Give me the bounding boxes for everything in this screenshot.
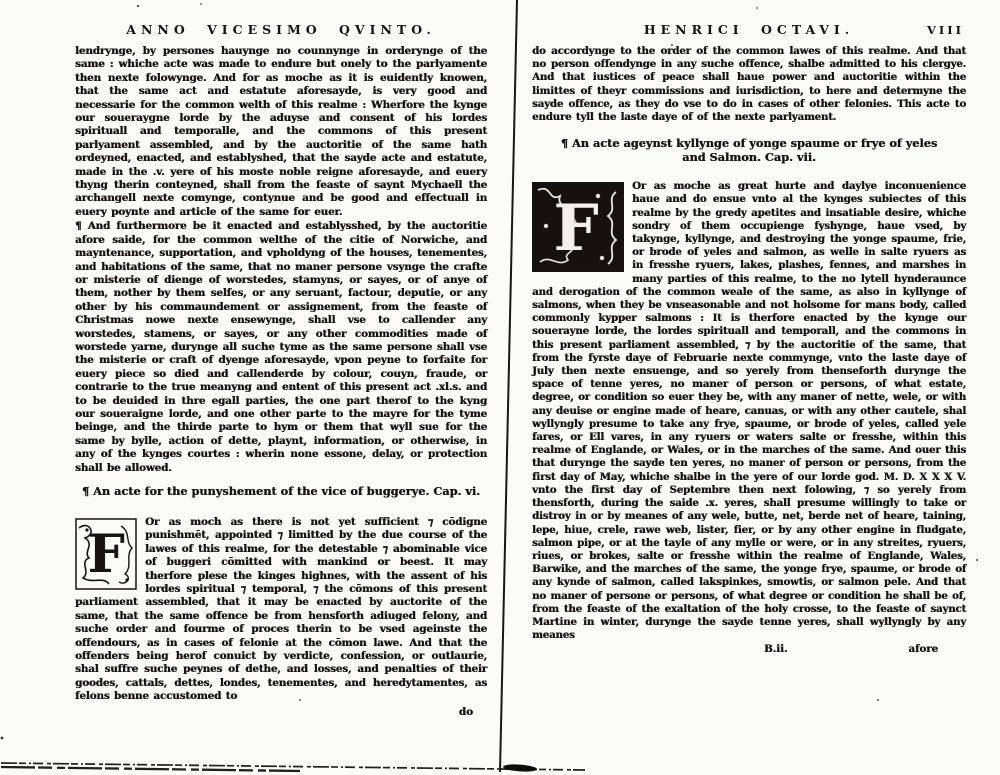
bottom-edge-streak (1, 763, 585, 770)
initial-letter-glyph: F (553, 191, 598, 266)
bottom-edge-streak-2 (1, 767, 300, 771)
paragraph-continuation-right: do accordynge to the order of the common… (532, 45, 966, 124)
act-heading-salmon-line1: ¶ An acte ageynst kyllynge of yonge spau… (532, 136, 966, 150)
speck (756, 7, 758, 9)
speck (877, 699, 879, 701)
scanned-book-spread: { "colors": { "paper": "#fbfbf9", "ink":… (0, 0, 1000, 775)
speck (200, 3, 202, 5)
running-header-left: ANNO VICESIMO QVINTO. (75, 22, 487, 37)
paragraph-salmon-act: F Or as moche as great hurte and daylye … (532, 180, 966, 642)
gutter-fold-line (500, 0, 517, 772)
catchword-right: afore (908, 643, 938, 655)
left-page: ANNO VICESIMO QVINTO. lendrynge, by pers… (75, 20, 487, 718)
folio-number: VIII (927, 23, 964, 37)
ink-blob (503, 763, 537, 772)
right-page: HENRICI OCTAVI. VIII do accordynge to th… (532, 20, 966, 657)
initial-letter-glyph: F (88, 524, 125, 585)
running-header-right-text: HENRICI OCTAVI. (644, 22, 854, 37)
speck (137, 5, 139, 7)
woodcut-initial-f-large: F (532, 182, 624, 276)
signature-line: B.ii. afore (532, 643, 966, 657)
act-heading-salmon-line2: and Salmon. Cap. vii. (532, 150, 966, 164)
signature-mark: B.ii. (764, 643, 787, 655)
running-header-right: HENRICI OCTAVI. VIII (532, 22, 966, 37)
speck (1, 737, 4, 740)
act-heading-salmon: ¶ An acte ageynst kyllynge of yonge spau… (532, 136, 966, 164)
catchword-left: do (75, 706, 487, 718)
paragraph-buggery-act: F Or as moch as there is not yet suffici… (75, 516, 487, 704)
act-heading-buggery: ¶ An acte for the punyshement of the vic… (75, 484, 487, 498)
paragraph-norwich-act: ¶ And furthermore be it enacted and esta… (75, 220, 487, 475)
speck (976, 559, 978, 561)
paragraph-continuation-left: lendrynge, by persones hauynge no counny… (75, 45, 487, 219)
woodcut-initial-f-small: F (75, 518, 137, 594)
